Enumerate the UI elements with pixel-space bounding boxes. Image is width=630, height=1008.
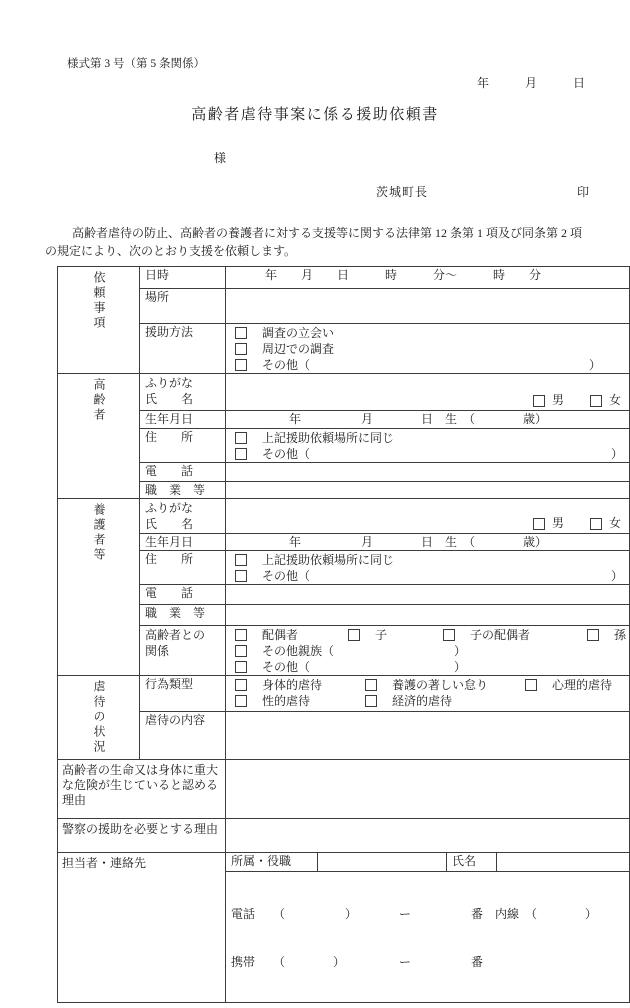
option-label: 孫 bbox=[614, 628, 626, 643]
dept-label: 所属・役職 bbox=[226, 853, 318, 871]
option-label: 身体的虐待 bbox=[262, 678, 322, 693]
checkbox-icon bbox=[235, 327, 247, 339]
field-label-caregiver-birth: 生年月日 bbox=[140, 534, 226, 551]
table-row: 職 業 等 bbox=[58, 482, 630, 499]
checkbox-icon bbox=[533, 395, 545, 407]
sender-name: 茨城町長 bbox=[376, 183, 428, 200]
checkbox-icon bbox=[235, 432, 247, 444]
checkbox-icon bbox=[533, 518, 545, 530]
checkbox-option: 調査の立会い bbox=[229, 325, 626, 341]
checkbox-icon bbox=[235, 695, 247, 707]
table-row: 住 所 上記援助依頼場所に同じ その他（） bbox=[58, 551, 630, 585]
field-label-elder-birth: 生年月日 bbox=[140, 411, 226, 429]
field-value-caregiver-tel bbox=[225, 585, 629, 605]
checkbox-icon bbox=[235, 554, 247, 566]
field-label-method: 援助方法 bbox=[140, 324, 226, 374]
sex-male-label: 男 bbox=[552, 393, 564, 408]
field-label-danger-reason: 高齢者の生命又は身体に重大な危険が生じていると認める理由 bbox=[58, 760, 226, 819]
checkbox-option: 周辺での調査 bbox=[229, 341, 626, 357]
field-label-caregiver-job: 職 業 等 bbox=[140, 605, 226, 626]
section-label-abuse: 虐待の状況 bbox=[58, 676, 140, 760]
table-row: 職 業 等 bbox=[58, 605, 630, 626]
table-row: 生年月日 年 月 日 生 （ 歳） bbox=[58, 534, 630, 551]
option-label: 上記援助依頼場所に同じ bbox=[262, 553, 394, 568]
close-paren: ） bbox=[611, 569, 623, 584]
field-value-police-reason bbox=[225, 819, 629, 853]
kana-label: ふりがな bbox=[145, 500, 222, 516]
field-value-caregiver-name: 男女 bbox=[225, 499, 629, 534]
table-row: 電 話 bbox=[58, 585, 630, 605]
field-value-elder-address: 上記援助依頼場所に同じ その他（） bbox=[225, 429, 629, 463]
field-label-police-reason: 警察の援助を必要とする理由 bbox=[58, 819, 226, 853]
name-label: 氏名 bbox=[447, 853, 497, 871]
option-label: 経済的虐待 bbox=[392, 694, 452, 709]
field-label-caregiver-address: 住 所 bbox=[140, 551, 226, 585]
field-value-datetime: 年 月 日 時 分～ 時 分 bbox=[225, 267, 629, 289]
field-label-abuse-content: 虐待の内容 bbox=[140, 712, 226, 760]
sex-female-label: 女 bbox=[609, 393, 621, 408]
table-row: 場所 bbox=[58, 289, 630, 324]
field-value-method: 調査の立会い 周辺での調査 その他（） bbox=[225, 324, 629, 374]
table-row: 依頼事項 日時 年 月 日 時 分～ 時 分 bbox=[58, 267, 630, 289]
kana-label: ふりがな bbox=[145, 375, 222, 391]
table-row: 高齢者 ふりがな 氏 名 男女 bbox=[58, 374, 630, 411]
option-label: 配偶者 bbox=[262, 628, 298, 643]
checkbox-icon bbox=[235, 661, 247, 673]
field-label-elder-address: 住 所 bbox=[140, 429, 226, 463]
mobile-line: 携帯 （ ） ー 番 bbox=[231, 954, 629, 970]
checkbox-icon bbox=[235, 679, 247, 691]
field-label-relation: 高齢者との 関係 bbox=[140, 626, 226, 676]
form-number: 様式第 3 号（第 5 条関係） bbox=[67, 55, 205, 71]
sex-options: 男女 bbox=[533, 516, 621, 531]
option-label: その他（ bbox=[262, 447, 310, 462]
table-row: 援助方法 調査の立会い 周辺での調査 その他（） bbox=[58, 324, 630, 374]
section-label-request: 依頼事項 bbox=[58, 267, 140, 374]
dept-value bbox=[318, 853, 447, 871]
checkbox-icon bbox=[443, 629, 455, 641]
option-label: 心理的虐待 bbox=[552, 678, 612, 693]
checkbox-option-row: 身体的虐待 養護の著しい怠り 心理的虐待 bbox=[229, 677, 626, 693]
option-label: 調査の立会い bbox=[262, 326, 334, 341]
table-row: 電 話 bbox=[58, 463, 630, 482]
checkbox-option: その他（） bbox=[229, 568, 626, 584]
intro-paragraph: 高齢者虐待の防止、高齢者の養護者に対する支援等に関する法律第 12 条第 1 項… bbox=[45, 225, 590, 260]
name-label: 氏 名 bbox=[145, 516, 222, 532]
option-label: その他（ bbox=[262, 358, 310, 373]
table-row: 養護者等 ふりがな 氏 名 男女 bbox=[58, 499, 630, 534]
field-value-elder-birth: 年 月 日 生 （ 歳） bbox=[225, 411, 629, 429]
option-label: 子 bbox=[375, 628, 387, 643]
checkbox-icon bbox=[365, 679, 377, 691]
checkbox-option: その他（） bbox=[229, 446, 626, 462]
option-label: その他（ bbox=[262, 569, 310, 584]
checkbox-icon bbox=[590, 395, 602, 407]
field-value-elder-job bbox=[225, 482, 629, 499]
field-value-elder-tel bbox=[225, 463, 629, 482]
checkbox-icon bbox=[235, 645, 247, 657]
checkbox-icon bbox=[587, 629, 599, 641]
name-value bbox=[497, 853, 629, 871]
option-label: 子の配偶者 bbox=[470, 628, 530, 643]
checkbox-icon bbox=[365, 695, 377, 707]
field-value-caregiver-job bbox=[225, 605, 629, 626]
form-page: 様式第 3 号（第 5 条関係） 年 月 日 高齢者虐待事案に係る援助依頼書 様… bbox=[0, 0, 630, 915]
contact-phone-lines: 電話 （ ） ー 番 内線 （ ） 携帯 （ ） ー 番 bbox=[226, 872, 629, 1002]
field-value-caregiver-birth: 年 月 日 生 （ 歳） bbox=[225, 534, 629, 551]
section-label-elder: 高齢者 bbox=[58, 374, 140, 499]
contact-subrow: 所属・役職 氏名 bbox=[226, 853, 629, 872]
field-value-elder-name: 男女 bbox=[225, 374, 629, 411]
sex-options: 男女 bbox=[533, 393, 621, 408]
checkbox-option: その他（） bbox=[229, 357, 626, 373]
checkbox-option: 上記援助依頼場所に同じ bbox=[229, 430, 626, 446]
field-value-abuse-type: 身体的虐待 養護の著しい怠り 心理的虐待 性的虐待 経済的虐待 bbox=[225, 676, 629, 712]
field-value-place bbox=[225, 289, 629, 324]
sex-female-label: 女 bbox=[609, 516, 621, 531]
option-label: 上記援助依頼場所に同じ bbox=[262, 431, 394, 446]
checkbox-icon bbox=[235, 570, 247, 582]
issue-date-line: 年 月 日 bbox=[477, 74, 585, 91]
checkbox-icon bbox=[235, 359, 247, 371]
field-value-contact: 所属・役職 氏名 電話 （ ） ー 番 内線 （ ） 携帯 （ ） ー 番 bbox=[225, 853, 629, 1003]
checkbox-option: その他親族（ ） bbox=[229, 643, 626, 659]
checkbox-option: 上記援助依頼場所に同じ bbox=[229, 552, 626, 568]
main-table: 依頼事項 日時 年 月 日 時 分～ 時 分 場所 援助方法 調査の立会い 周辺… bbox=[57, 266, 630, 1003]
field-label-caregiver-name: ふりがな 氏 名 bbox=[140, 499, 226, 534]
close-paren: ） bbox=[589, 358, 601, 373]
field-label-elder-tel: 電 話 bbox=[140, 463, 226, 482]
field-label-datetime: 日時 bbox=[140, 267, 226, 289]
field-label-elder-job: 職 業 等 bbox=[140, 482, 226, 499]
section-label-caregiver: 養護者等 bbox=[58, 499, 140, 676]
field-label-place: 場所 bbox=[140, 289, 226, 324]
table-row: 高齢者の生命又は身体に重大な危険が生じていると認める理由 bbox=[58, 760, 630, 819]
table-row: 警察の援助を必要とする理由 bbox=[58, 819, 630, 853]
field-label-contact: 担当者・連絡先 bbox=[58, 853, 226, 1003]
table-row: 住 所 上記援助依頼場所に同じ その他（） bbox=[58, 429, 630, 463]
table-row: 虐待の内容 bbox=[58, 712, 630, 760]
seal-mark: 印 bbox=[577, 183, 589, 200]
checkbox-option-row: 配偶者 子 子の配偶者 孫 bbox=[229, 627, 626, 643]
field-label-abuse-type: 行為類型 bbox=[140, 676, 226, 712]
field-value-danger-reason bbox=[225, 760, 629, 819]
checkbox-option-row: 性的虐待 経済的虐待 bbox=[229, 693, 626, 709]
option-label: 性的虐待 bbox=[262, 694, 310, 709]
addressee-suffix: 様 bbox=[214, 149, 226, 166]
close-paren: ） bbox=[611, 447, 623, 462]
name-label: 氏 名 bbox=[145, 391, 222, 407]
page-title: 高齢者虐待事案に係る援助依頼書 bbox=[0, 103, 630, 124]
option-label: その他（ ） bbox=[262, 660, 466, 675]
option-label: その他親族（ ） bbox=[262, 644, 466, 659]
option-label: 養護の著しい怠り bbox=[392, 678, 488, 693]
field-value-relation: 配偶者 子 子の配偶者 孫 その他親族（ ） その他（ ） bbox=[225, 626, 629, 676]
checkbox-icon bbox=[590, 518, 602, 530]
table-row: 生年月日 年 月 日 生 （ 歳） bbox=[58, 411, 630, 429]
option-label: 周辺での調査 bbox=[262, 342, 334, 357]
checkbox-icon bbox=[235, 629, 247, 641]
table-row: 虐待の状況 行為類型 身体的虐待 養護の著しい怠り 心理的虐待 性的虐待 経済的… bbox=[58, 676, 630, 712]
table-row: 高齢者との 関係 配偶者 子 子の配偶者 孫 その他親族（ ） その他（ ） bbox=[58, 626, 630, 676]
checkbox-icon bbox=[348, 629, 360, 641]
tel-line: 電話 （ ） ー 番 内線 （ ） bbox=[231, 906, 629, 922]
field-label-elder-name: ふりがな 氏 名 bbox=[140, 374, 226, 411]
checkbox-icon bbox=[235, 448, 247, 460]
checkbox-icon bbox=[525, 679, 537, 691]
checkbox-icon bbox=[235, 343, 247, 355]
field-value-abuse-content bbox=[225, 712, 629, 760]
field-value-caregiver-address: 上記援助依頼場所に同じ その他（） bbox=[225, 551, 629, 585]
table-row: 担当者・連絡先 所属・役職 氏名 電話 （ ） ー 番 内線 （ ） 携帯 （ … bbox=[58, 853, 630, 1003]
sex-male-label: 男 bbox=[552, 516, 564, 531]
checkbox-option: その他（ ） bbox=[229, 659, 626, 675]
field-label-caregiver-tel: 電 話 bbox=[140, 585, 226, 605]
